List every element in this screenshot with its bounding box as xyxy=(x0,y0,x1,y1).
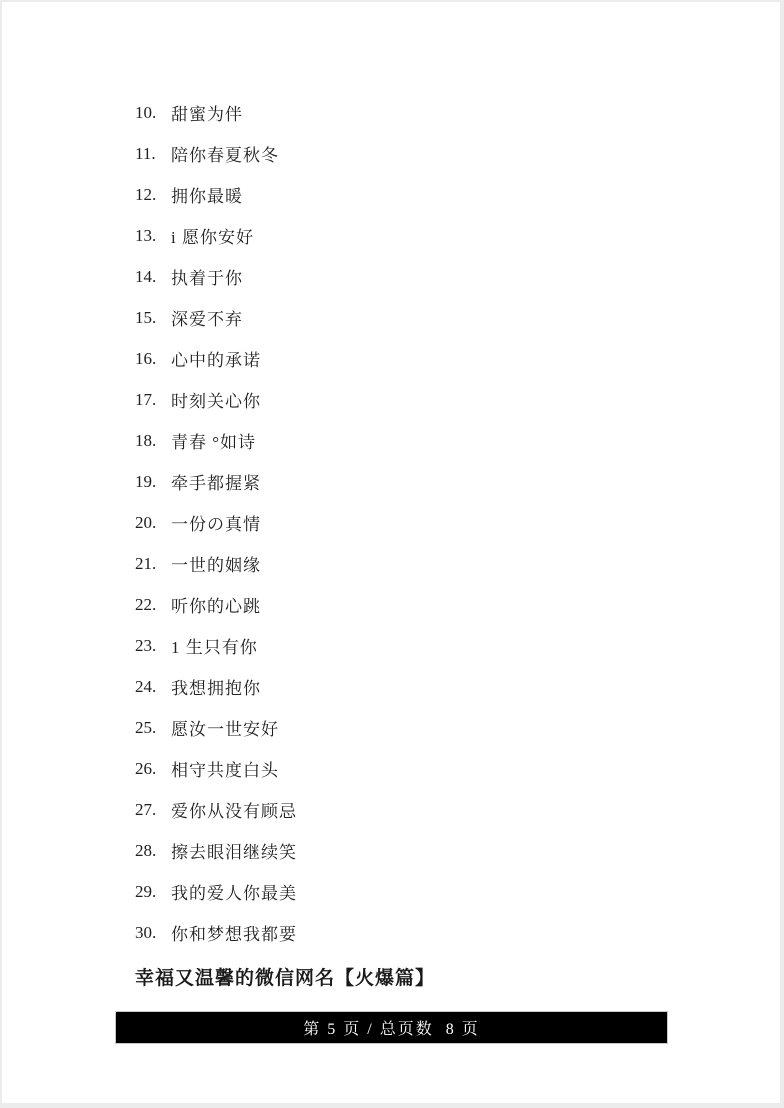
list-item: 18. 青春 °如诗 xyxy=(135,420,297,461)
list-item-number: 24. xyxy=(135,677,171,697)
list-item-number: 26. xyxy=(135,759,171,779)
list-item-number: 21. xyxy=(135,554,171,574)
list-item-number: 27. xyxy=(135,800,171,820)
list-item-number: 15. xyxy=(135,308,171,328)
list-item: 13. i 愿你安好 xyxy=(135,215,297,256)
list-item-text: 听你的心跳 xyxy=(171,592,261,617)
list-item: 28. 擦去眼泪继续笑 xyxy=(135,830,297,871)
list-item: 29. 我的爱人你最美 xyxy=(135,871,297,912)
list-item-number: 20. xyxy=(135,513,171,533)
list-item: 24. 我想拥抱你 xyxy=(135,666,297,707)
list-item: 22. 听你的心跳 xyxy=(135,584,297,625)
list-item-number: 28. xyxy=(135,841,171,861)
list-item-text: 陪你春夏秋冬 xyxy=(171,141,279,166)
list-item-number: 30. xyxy=(135,923,171,943)
list-item-number: 25. xyxy=(135,718,171,738)
document-page: 10. 甜蜜为伴 11. 陪你春夏秋冬 12. 拥你最暖 13. i 愿你安好 … xyxy=(0,0,784,1108)
list-item-number: 16. xyxy=(135,349,171,369)
list-item-text: 心中的承诺 xyxy=(171,346,261,371)
list-item: 20. 一份の真情 xyxy=(135,502,297,543)
list-item-number: 11. xyxy=(135,144,171,164)
list-item-number: 19. xyxy=(135,472,171,492)
numbered-list: 10. 甜蜜为伴 11. 陪你春夏秋冬 12. 拥你最暖 13. i 愿你安好 … xyxy=(135,92,297,953)
page-number-text: 第 5 页 / 总页数 8 页 xyxy=(303,1016,479,1039)
list-item: 17. 时刻关心你 xyxy=(135,379,297,420)
list-item: 19. 牵手都握紧 xyxy=(135,461,297,502)
list-item-text: 时刻关心你 xyxy=(171,387,261,412)
list-item-number: 14. xyxy=(135,267,171,287)
list-item-text: i 愿你安好 xyxy=(171,223,254,248)
list-item: 16. 心中的承诺 xyxy=(135,338,297,379)
list-item-text: 牵手都握紧 xyxy=(171,469,261,494)
list-item-number: 12. xyxy=(135,185,171,205)
list-item: 25. 愿汝一世安好 xyxy=(135,707,297,748)
list-item: 15. 深爱不弃 xyxy=(135,297,297,338)
list-item: 30. 你和梦想我都要 xyxy=(135,912,297,953)
list-item-text: 你和梦想我都要 xyxy=(171,920,297,945)
list-item-text: 一份の真情 xyxy=(171,510,261,535)
list-item: 27. 爱你从没有顾忌 xyxy=(135,789,297,830)
list-item: 14. 执着于你 xyxy=(135,256,297,297)
list-item: 12. 拥你最暖 xyxy=(135,174,297,215)
list-item-text: 1 生只有你 xyxy=(171,633,258,658)
list-item-text: 擦去眼泪继续笑 xyxy=(171,838,297,863)
list-item: 21. 一世的姻缘 xyxy=(135,543,297,584)
list-item-text: 爱你从没有顾忌 xyxy=(171,797,297,822)
list-item-text: 深爱不弃 xyxy=(171,305,243,330)
list-item-number: 23. xyxy=(135,636,171,656)
list-item-text: 执着于你 xyxy=(171,264,243,289)
list-item-text: 我想拥抱你 xyxy=(171,674,261,699)
list-item-text: 青春 °如诗 xyxy=(171,428,256,453)
list-item: 23. 1 生只有你 xyxy=(135,625,297,666)
list-item-number: 29. xyxy=(135,882,171,902)
list-item-text: 愿汝一世安好 xyxy=(171,715,279,740)
section-heading: 幸福又温馨的微信网名【火爆篇】 xyxy=(135,953,435,999)
list-item-number: 22. xyxy=(135,595,171,615)
list-item-text: 我的爱人你最美 xyxy=(171,879,297,904)
list-item-text: 拥你最暖 xyxy=(171,182,243,207)
list-item-text: 相守共度白头 xyxy=(171,756,279,781)
page-footer-bar: 第 5 页 / 总页数 8 页 xyxy=(115,1011,668,1044)
list-item: 11. 陪你春夏秋冬 xyxy=(135,133,297,174)
list-item-number: 18. xyxy=(135,431,171,451)
list-item-number: 10. xyxy=(135,103,171,123)
list-item-number: 13. xyxy=(135,226,171,246)
list-item: 26. 相守共度白头 xyxy=(135,748,297,789)
list-item-number: 17. xyxy=(135,390,171,410)
list-item-text: 一世的姻缘 xyxy=(171,551,261,576)
list-item-text: 甜蜜为伴 xyxy=(171,100,243,125)
list-item: 10. 甜蜜为伴 xyxy=(135,92,297,133)
